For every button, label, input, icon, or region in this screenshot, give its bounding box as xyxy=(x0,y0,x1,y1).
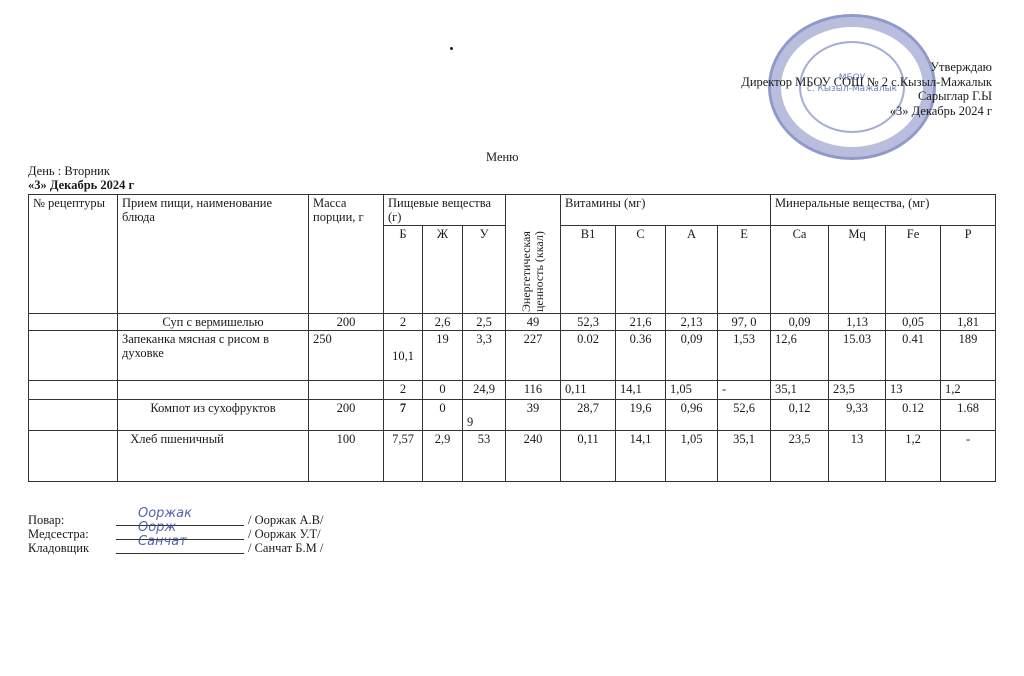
cell-e: - xyxy=(718,381,771,400)
cell-p: 189 xyxy=(941,331,996,381)
cell-no xyxy=(29,431,118,482)
cell-protein: 2 xyxy=(384,314,423,331)
signature-line: Ооржак xyxy=(116,513,244,526)
cell-mass xyxy=(309,381,384,400)
cell-dish-text: Хлеб пшеничный xyxy=(122,432,232,446)
signature-name: / Ооржак А.В/ xyxy=(248,513,323,527)
cell-mass: 250 xyxy=(309,331,384,381)
cell-e: 1,53 xyxy=(718,331,771,381)
header-fat: Ж xyxy=(423,226,463,314)
cell-ca: 0,12 xyxy=(771,400,829,431)
header-vit-e: E xyxy=(718,226,771,314)
table-row: Суп с вермишелью 200 2 2,6 2,5 49 52,3 2… xyxy=(29,314,996,331)
cell-ca: 23,5 xyxy=(771,431,829,482)
cell-carbs: 2,5 xyxy=(463,314,506,331)
cell-no xyxy=(29,400,118,431)
header-minerals: Минеральные вещества, (мг) xyxy=(771,195,996,226)
cell-protein: 7,57 xyxy=(384,431,423,482)
cell-mq: 23,5 xyxy=(829,381,886,400)
cell-energy: 240 xyxy=(506,431,561,482)
cell-c: 14,1 xyxy=(616,431,666,482)
handwritten-signature: Ооржак xyxy=(138,507,192,521)
header-recipe-no: № рецептуры xyxy=(29,195,118,314)
cell-b1: 52,3 xyxy=(561,314,616,331)
header-fe: Fe xyxy=(886,226,941,314)
approval-block: Утверждаю Директор МБОУ СОШ № 2 с.Кызыл-… xyxy=(741,60,992,118)
cell-fat: 0 xyxy=(423,381,463,400)
approval-date: «3» Декабрь 2024 г xyxy=(741,104,992,119)
cell-dish: Хлеб пшеничный xyxy=(118,431,309,482)
cell-no xyxy=(29,381,118,400)
table-row: 2 0 24,9 116 0,11 14,1 1,05 - 35,1 23,5 … xyxy=(29,381,996,400)
table-row: Хлеб пшеничный 100 7,57 2,9 53 240 0,11 … xyxy=(29,431,996,482)
cell-energy: 116 xyxy=(506,381,561,400)
signature-row-storekeeper: Кладовщик Санчат / Санчат Б.М / xyxy=(28,541,323,555)
cell-b1: 0,11 xyxy=(561,431,616,482)
cell-mq: 9,33 xyxy=(829,400,886,431)
cell-carbs: 3,3 xyxy=(463,331,506,381)
handwritten-signature: Санчат xyxy=(138,535,187,549)
cell-c: 19,6 xyxy=(616,400,666,431)
ink-speck xyxy=(450,47,453,50)
cell-carbs: 9 xyxy=(463,400,506,431)
approval-name: Сарыглар Г.Ы xyxy=(741,89,992,104)
cell-p: 1,2 xyxy=(941,381,996,400)
cell-fe: 0.41 xyxy=(886,331,941,381)
cell-mq: 13 xyxy=(829,431,886,482)
header-energy-cell: Энергетическая ценность (ккал) xyxy=(506,195,561,314)
signature-name: / Санчат Б.М / xyxy=(248,541,323,555)
cell-c: 21,6 xyxy=(616,314,666,331)
cell-energy: 49 xyxy=(506,314,561,331)
cell-mass: 200 xyxy=(309,400,384,431)
cell-c: 0.36 xyxy=(616,331,666,381)
page-title: Меню xyxy=(486,150,519,165)
cell-e: 52,6 xyxy=(718,400,771,431)
cell-p: 1,81 xyxy=(941,314,996,331)
cell-no xyxy=(29,314,118,331)
cell-fe: 0,05 xyxy=(886,314,941,331)
cell-fat: 2,9 xyxy=(423,431,463,482)
approval-label: Утверждаю xyxy=(741,60,992,75)
cell-a: 0,09 xyxy=(666,331,718,381)
cell-no xyxy=(29,331,118,381)
header-mass: Масса порции, г xyxy=(309,195,384,314)
day-label: День : Вторник xyxy=(28,164,110,179)
cell-fat: 19 xyxy=(423,331,463,381)
cell-mass: 100 xyxy=(309,431,384,482)
cell-c: 14,1 xyxy=(616,381,666,400)
header-vit-c: C xyxy=(616,226,666,314)
header-vit-a: A xyxy=(666,226,718,314)
cell-carbs: 53 xyxy=(463,431,506,482)
signature-name: / Ооржак У.Т/ xyxy=(248,527,321,541)
handwritten-signature: Оорж xyxy=(138,521,176,535)
cell-b1: 28,7 xyxy=(561,400,616,431)
cell-e: 97, 0 xyxy=(718,314,771,331)
menu-table: № рецептуры Прием пищи, наименование блю… xyxy=(28,194,996,482)
header-protein: Б xyxy=(384,226,423,314)
cell-a: 0,96 xyxy=(666,400,718,431)
cell-a: 1,05 xyxy=(666,431,718,482)
cell-mass: 200 xyxy=(309,314,384,331)
signature-role: Повар: xyxy=(28,513,116,527)
cell-ca: 0,09 xyxy=(771,314,829,331)
header-vit-b1: B1 xyxy=(561,226,616,314)
table-row: Компот из сухофруктов 200 7 0 9 39 28,7 … xyxy=(29,400,996,431)
cell-ca: 12,6 xyxy=(771,331,829,381)
signature-role: Медсестра: xyxy=(28,527,116,541)
cell-a: 2,13 xyxy=(666,314,718,331)
cell-ca: 35,1 xyxy=(771,381,829,400)
cell-fe: 13 xyxy=(886,381,941,400)
approval-director: Директор МБОУ СОШ № 2 с.Кызыл-Мажалык xyxy=(741,75,992,90)
header-nutrients: Пищевые вещества (г) xyxy=(384,195,506,226)
cell-p: 1.68 xyxy=(941,400,996,431)
signatures-block: Повар: Ооржак / Ооржак А.В/ Медсестра: О… xyxy=(28,513,323,555)
signature-role: Кладовщик xyxy=(28,541,116,555)
cell-dish xyxy=(118,381,309,400)
cell-a: 1,05 xyxy=(666,381,718,400)
cell-p: - xyxy=(941,431,996,482)
cell-protein: 10,1 xyxy=(384,331,423,381)
cell-fat: 0 xyxy=(423,400,463,431)
cell-b1: 0,11 xyxy=(561,381,616,400)
header-dish: Прием пищи, наименование блюда xyxy=(118,195,309,314)
header-mq: Mq xyxy=(829,226,886,314)
table-row: Запеканка мясная с рисом в духовке 250 1… xyxy=(29,331,996,381)
header-p: P xyxy=(941,226,996,314)
signature-line: Санчат xyxy=(116,541,244,554)
header-energy: Энергетическая ценность (ккал) xyxy=(520,212,546,312)
cell-mq: 15.03 xyxy=(829,331,886,381)
header-carbs: У xyxy=(463,226,506,314)
cell-fat: 2,6 xyxy=(423,314,463,331)
header-vitamins: Витамины (мг) xyxy=(561,195,771,226)
cell-dish: Суп с вермишелью xyxy=(118,314,309,331)
cell-b1: 0.02 xyxy=(561,331,616,381)
cell-protein: 7 xyxy=(384,400,423,431)
cell-fe: 1,2 xyxy=(886,431,941,482)
cell-dish: Запеканка мясная с рисом в духовке xyxy=(118,331,309,381)
cell-energy: 227 xyxy=(506,331,561,381)
header-ca: Ca xyxy=(771,226,829,314)
cell-carbs: 24,9 xyxy=(463,381,506,400)
cell-fe: 0.12 xyxy=(886,400,941,431)
cell-protein: 2 xyxy=(384,381,423,400)
date-label: «3» Декабрь 2024 г xyxy=(28,178,134,193)
cell-e: 35,1 xyxy=(718,431,771,482)
cell-energy: 39 xyxy=(506,400,561,431)
cell-dish: Компот из сухофруктов xyxy=(118,400,309,431)
cell-mq: 1,13 xyxy=(829,314,886,331)
